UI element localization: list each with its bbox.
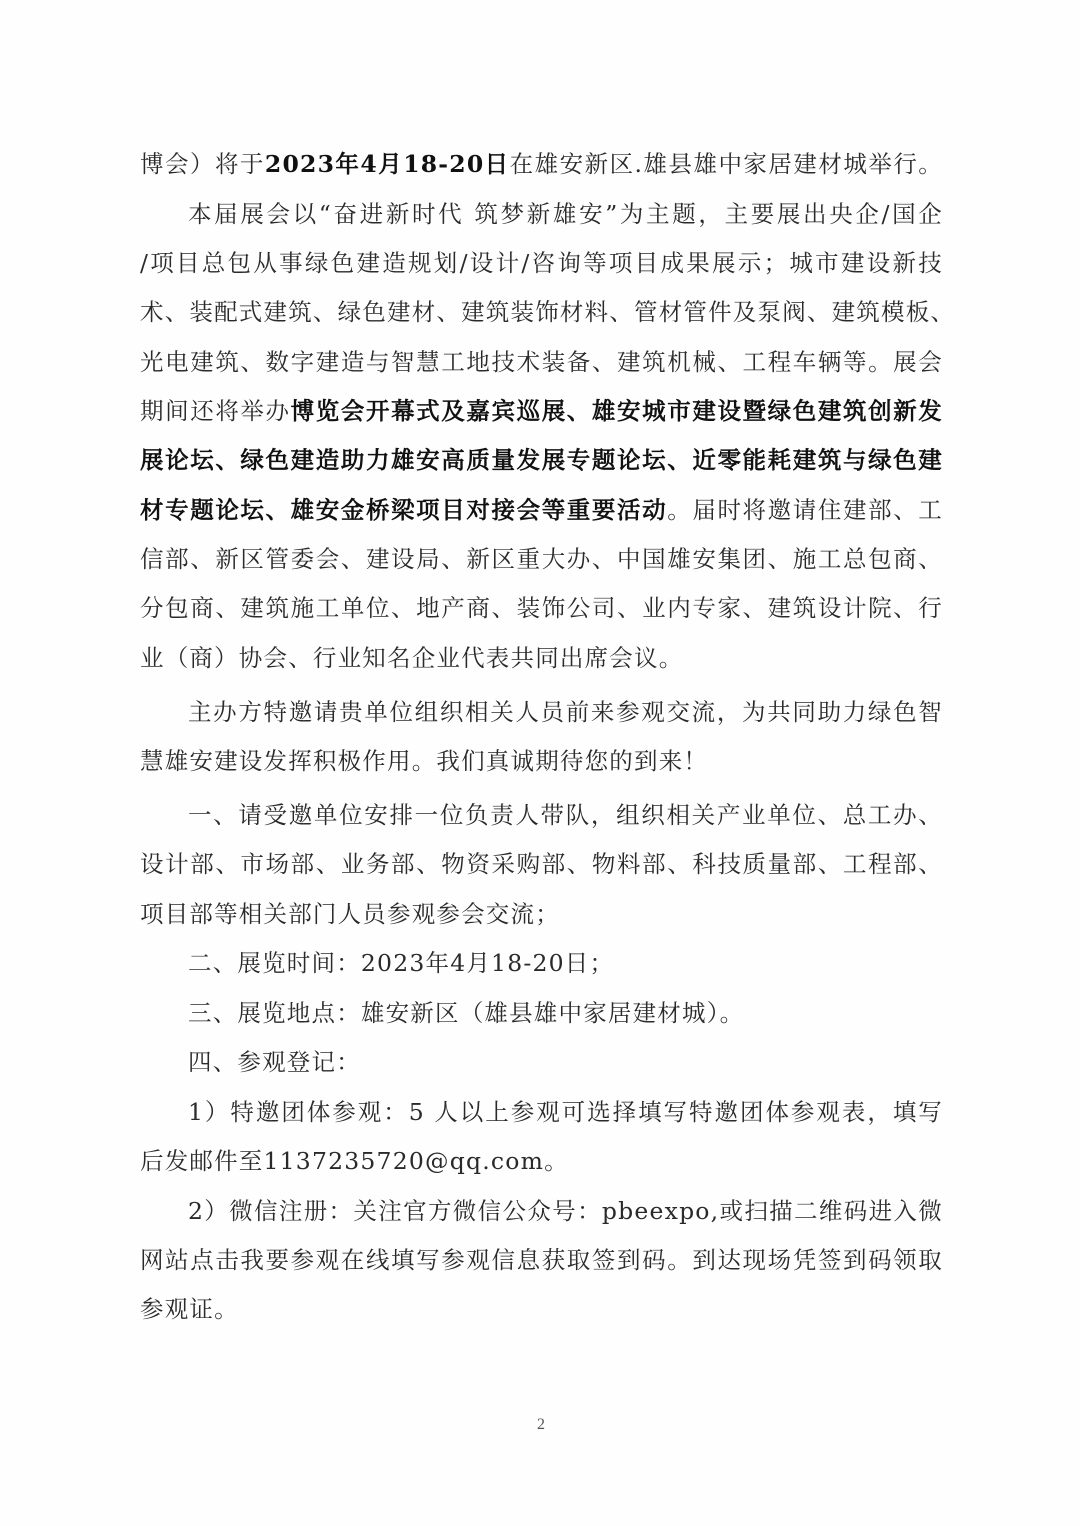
text-segment: 主办方特邀请贵单位组织相关人员前来参观交流，为共同助力绿色智 [188,698,943,726]
text-segment: 2）微信注册：关注官方微信公众号：pbeexpo,或扫描二维码进入微 [188,1197,943,1225]
text-line: 信部、新区管委会、建设局、新区重大办、中国雄安集团、施工总包商、 [140,539,943,579]
text-segment: 博会）将于 [140,150,265,178]
list-item-1: 一、请受邀单位安排一位负责人带队，组织相关产业单位、总工办、 [188,795,943,835]
document-page: 博会）将于2023年4月18-20日在雄安新区.雄县雄中家居建材城举行。 本届展… [0,0,1080,1526]
sub-item-2: 2）微信注册：关注官方微信公众号：pbeexpo,或扫描二维码进入微 [188,1191,943,1231]
text-segment: 术、装配式建筑、绿色建材、建筑装饰材料、管材管件及泵阀、建筑模板、 [140,298,955,326]
email-text: 后发邮件至1137235720@qq.com。 [140,1147,569,1175]
text-segment: 业（商）协会、行业知名企业代表共同出席会议。 [140,644,683,672]
events-bold: 博览会开幕式及嘉宾巡展、雄安城市建设暨绿色建筑创新发 [291,397,943,425]
text-line: 博会）将于2023年4月18-20日在雄安新区.雄县雄中家居建材城举行。 [140,144,943,184]
text-segment: 本届展会以“奋进新时代 筑梦新雄安”为主题，主要展出央企/国企 [188,200,943,228]
text-segment: 参观证。 [140,1295,239,1323]
text-segment: 。届时将邀请住建部、工 [667,496,943,524]
text-segment: /项目总包从事绿色建造规划/设计/咨询等项目成果展示；城市建设新技 [140,249,943,277]
text-segment: 项目部等相关部门人员参观参会交流； [140,900,560,928]
text-line: 期间还将举办博览会开幕式及嘉宾巡展、雄安城市建设暨绿色建筑创新发 [140,391,943,431]
list-item-2: 二、展览时间：2023年4月18-20日； [188,943,943,983]
event-date-bold: 2023年4月18-20日 [265,150,510,178]
list-item-3: 三、展览地点：雄安新区（雄县雄中家居建材城）。 [188,993,943,1033]
text-segment: 期间还将举办 [140,397,291,425]
text-line: 术、装配式建筑、绿色建材、建筑装饰材料、管材管件及泵阀、建筑模板、 [140,292,943,332]
text-segment: 信部、新区管委会、建设局、新区重大办、中国雄安集团、施工总包商、 [140,545,943,573]
text-segment: 设计部、市场部、业务部、物资采购部、物料部、科技质量部、工程部、 [140,850,943,878]
text-line: 业（商）协会、行业知名企业代表共同出席会议。 [140,638,943,678]
text-segment: 在雄安新区.雄县雄中家居建材城举行。 [510,150,943,178]
text-line: 分包商、建筑施工单位、地产商、装饰公司、业内专家、建筑设计院、行 [140,588,943,628]
text-line: 本届展会以“奋进新时代 筑梦新雄安”为主题，主要展出央企/国企 [188,194,943,234]
exhibition-time: 二、展览时间：2023年4月18-20日； [188,949,614,977]
text-line: 参观证。 [140,1289,943,1329]
registration-heading: 四、参观登记： [188,1048,361,1076]
text-line: /项目总包从事绿色建造规划/设计/咨询等项目成果展示；城市建设新技 [140,243,943,283]
text-line: 网站点击我要参观在线填写参观信息获取签到码。到达现场凭签到码领取 [140,1240,943,1280]
text-line: 后发邮件至1137235720@qq.com。 [140,1141,943,1181]
text-segment: 一、请受邀单位安排一位负责人带队，组织相关产业单位、总工办、 [188,801,943,829]
text-segment: 网站点击我要参观在线填写参观信息获取签到码。到达现场凭签到码领取 [140,1246,943,1274]
events-bold: 材专题论坛、雄安金桥梁项目对接会等重要活动 [140,496,667,524]
text-segment: 慧雄安建设发挥积极作用。我们真诚期待您的到来！ [140,747,708,775]
page-number: 2 [533,1416,549,1434]
text-segment: 1）特邀团体参观：5 人以上参观可选择填写特邀团体参观表，填写 [188,1098,943,1126]
text-line: 光电建筑、数字建造与智慧工地技术装备、建筑机械、工程车辆等。展会 [140,342,943,382]
exhibition-location: 三、展览地点：雄安新区（雄县雄中家居建材城）。 [188,999,744,1027]
text-line: 设计部、市场部、业务部、物资采购部、物料部、科技质量部、工程部、 [140,844,943,884]
text-line: 项目部等相关部门人员参观参会交流； [140,894,943,934]
text-line: 展论坛、绿色建造助力雄安高质量发展专题论坛、近零能耗建筑与绿色建 [140,440,943,480]
text-segment: 光电建筑、数字建造与智慧工地技术装备、建筑机械、工程车辆等。展会 [140,348,943,376]
text-line: 慧雄安建设发挥积极作用。我们真诚期待您的到来！ [140,741,943,781]
list-item-4: 四、参观登记： [188,1042,943,1082]
text-segment: 分包商、建筑施工单位、地产商、装饰公司、业内专家、建筑设计院、行 [140,594,943,622]
text-line: 主办方特邀请贵单位组织相关人员前来参观交流，为共同助力绿色智 [188,692,943,732]
sub-item-1: 1）特邀团体参观：5 人以上参观可选择填写特邀团体参观表，填写 [188,1092,943,1132]
text-line: 材专题论坛、雄安金桥梁项目对接会等重要活动。届时将邀请住建部、工 [140,490,943,530]
events-bold: 展论坛、绿色建造助力雄安高质量发展专题论坛、近零能耗建筑与绿色建 [140,446,943,474]
